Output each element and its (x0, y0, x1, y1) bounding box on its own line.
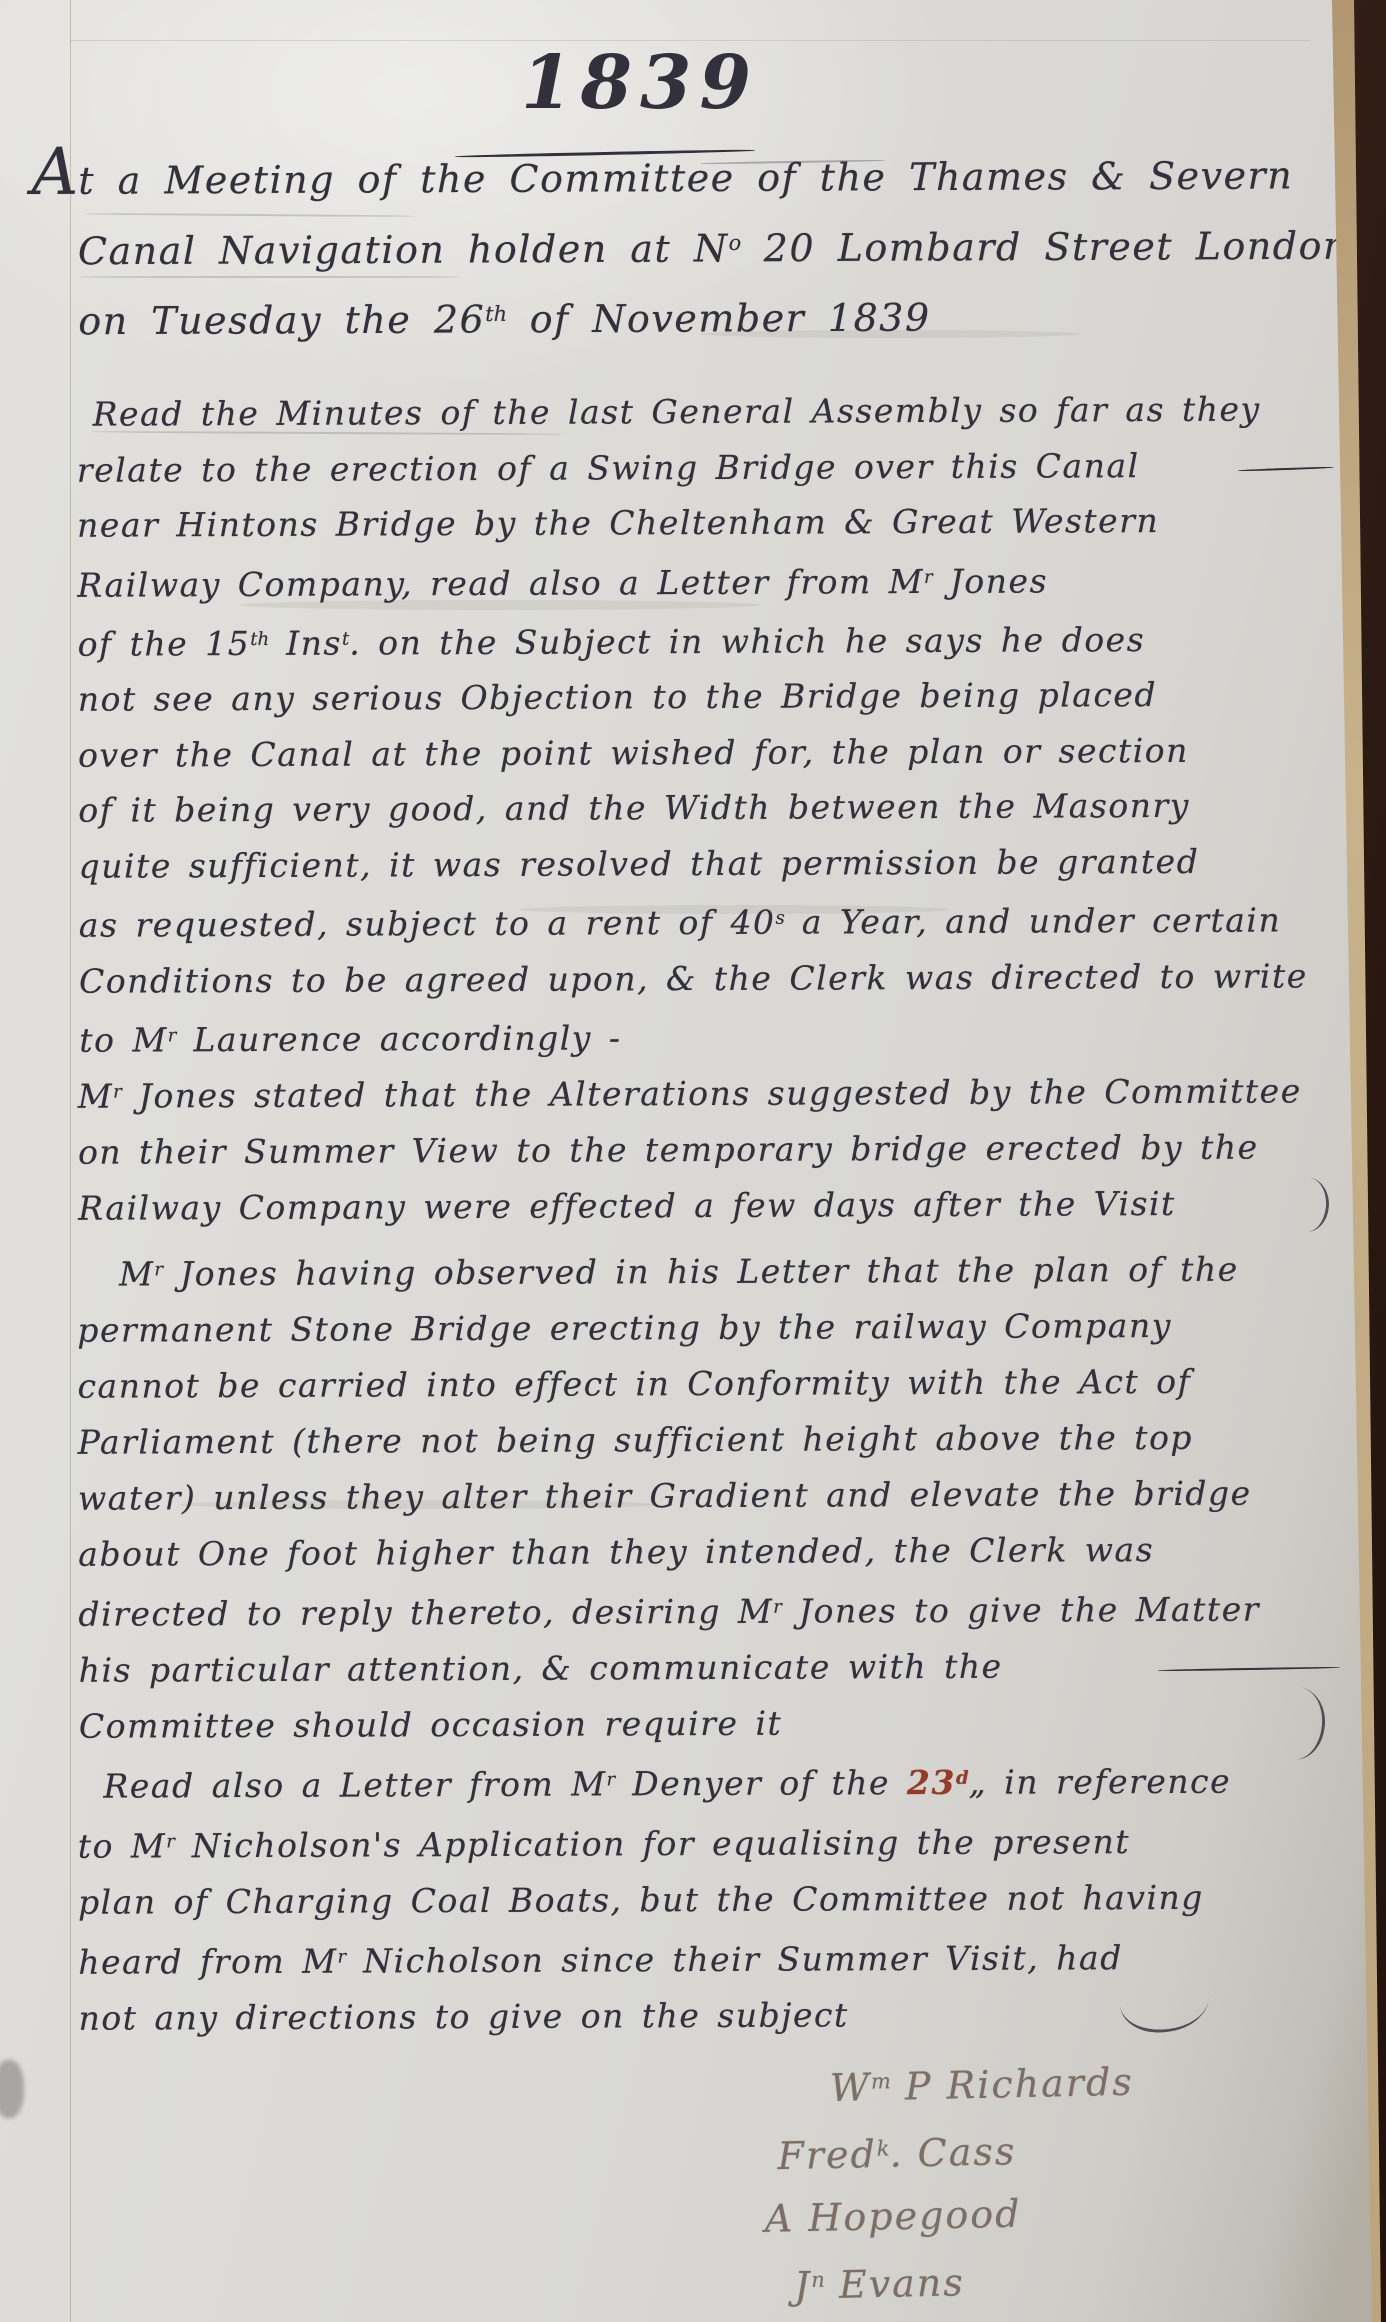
ink-blot (0, 2060, 24, 2118)
manuscript-line: permanent Stone Bridge erecting by the r… (77, 1297, 1333, 1358)
paragraph-jones-observed: Mr Jones having observed in his Letter t… (77, 1237, 1335, 1754)
manuscript-line: At a Meeting of the Committee of the Tha… (32, 143, 1334, 214)
manuscript-line: Mr Jones stated that the Alterations sug… (78, 1059, 1334, 1124)
manuscript-line: water) unless they alter their Gradient … (78, 1465, 1334, 1526)
manuscript-line: about One foot higher than they intended… (78, 1521, 1334, 1582)
manuscript-line: near Hintons Bridge by the Cheltenham & … (77, 492, 1333, 553)
manuscript-line: plan of Charging Coal Boats, but the Com… (78, 1869, 1334, 1930)
manuscript-line: Railway Company, read also a Letter from… (77, 548, 1333, 613)
manuscript-line: of the 15th Inst. on the Subject in whic… (78, 607, 1334, 672)
manuscript-line: heard from Mr Nicholson since their Summ… (78, 1925, 1334, 1990)
manuscript-line: relate to the erection of a Swing Bridge… (77, 437, 1333, 498)
manuscript-line: over the Canal at the point wished for, … (78, 722, 1334, 783)
paragraph-minutes: Read the Minutes of the last General Ass… (77, 381, 1336, 1068)
signature-line: A Hopegood (764, 2177, 1281, 2250)
manuscript-line: Mr Jones having observed in his Letter t… (77, 1237, 1333, 1302)
manuscript-line: Railway Company were effected a few days… (78, 1175, 1334, 1236)
manuscript-line: directed to reply thereto, desiring Mr J… (78, 1577, 1334, 1642)
signature-line: Fredk. Cass (777, 2110, 1280, 2188)
paragraph-opening: At a Meeting of the Committee of the Tha… (78, 143, 1335, 354)
margin-rule (70, 0, 71, 2322)
manuscript-line: Committee should occasion require it (79, 1693, 1335, 1754)
manuscript-line: Conditions to be agreed upon, & the Cler… (79, 948, 1335, 1009)
signature-line: Wm P Richards (829, 2042, 1278, 2119)
manuscript-line: not see any serious Objection to the Bri… (78, 667, 1334, 728)
manuscript-line: on their Summer View to the temporary br… (78, 1119, 1334, 1180)
manuscript-line: Read also a Letter from Mr Denyer of the… (77, 1749, 1333, 1814)
manuscript-page: 1839 At a Meeting of the Committee of th… (0, 0, 1386, 2322)
manuscript-line: as requested, subject to a rent of 40s a… (79, 889, 1335, 954)
signature-line: Jn Evans (793, 2239, 1282, 2317)
manuscript-line: quite sufficient, it was resolved that p… (78, 833, 1334, 894)
year-heading: 1839 (470, 40, 810, 126)
signature-block: Wm P RichardsFredk. CassA HopegoodJn Eva… (717, 2042, 1282, 2318)
manuscript-line: Read the Minutes of the last General Ass… (77, 381, 1333, 442)
manuscript-line: to Mr Laurence accordingly - (79, 1004, 1335, 1069)
paragraph-jones-stated: Mr Jones stated that the Alterations sug… (78, 1059, 1335, 1236)
manuscript-line: his particular attention, & communicate … (79, 1637, 1335, 1698)
manuscript-line: of it being very good, and the Width bet… (78, 778, 1334, 839)
manuscript-line: to Mr Nicholson's Application for equali… (78, 1809, 1334, 1874)
manuscript-line: on Tuesday the 26th of November 1839 (78, 279, 1334, 355)
manuscript-line: Parliament (there not being sufficient h… (78, 1409, 1334, 1470)
manuscript-line: Canal Navigation holden at No 20 Lombard… (78, 208, 1334, 284)
manuscript-line: cannot be carried into effect in Conform… (77, 1353, 1333, 1414)
